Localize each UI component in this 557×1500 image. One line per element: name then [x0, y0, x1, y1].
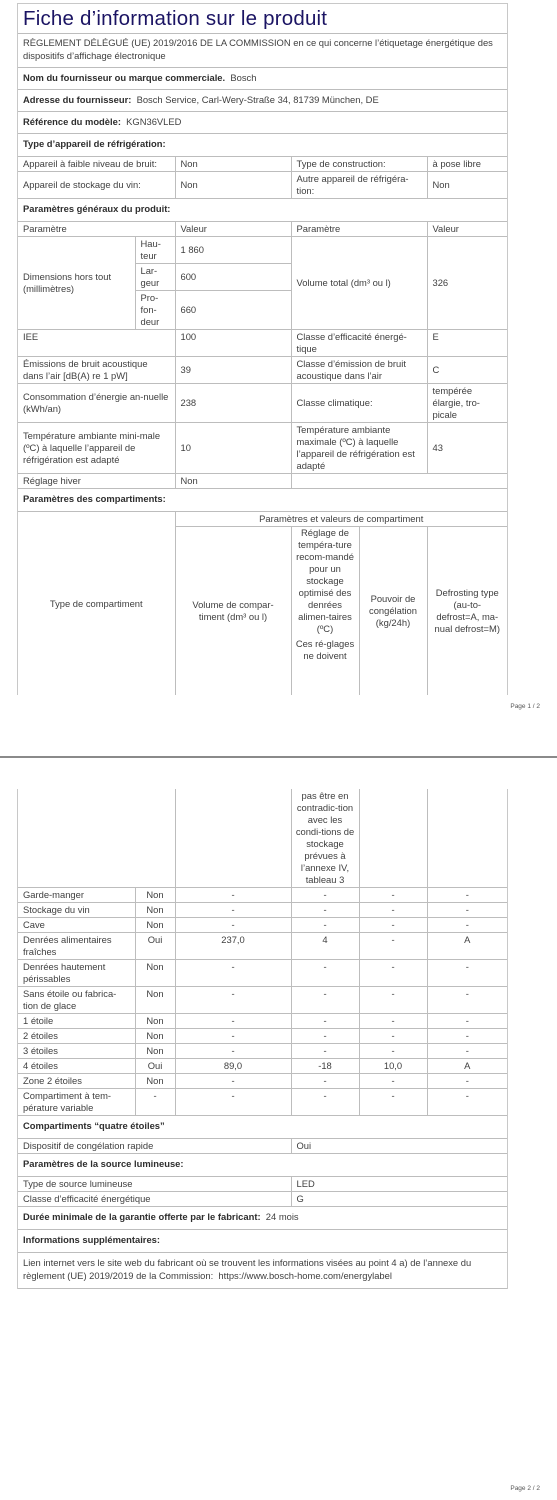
col-recommended-temp: Réglage de tempéra-ture recom-mandé pour…: [291, 527, 359, 696]
min-temp-label: Température ambiante mini-male (ºC) à la…: [18, 423, 175, 474]
col-param-header: Paramètre: [18, 222, 175, 237]
product-sheet-frame-page-1: Fiche d’information sur le produit RÈGLE…: [17, 3, 508, 695]
compartment-freezing: -: [359, 1029, 427, 1044]
col-compartment-type: Type de compartiment: [18, 512, 175, 695]
general-params-table: Paramètre Valeur Paramètre Valeur Dimens…: [18, 222, 507, 512]
compartment-freezing: -: [359, 987, 427, 1014]
supplier-address-row: Adresse du fournisseur: Bosch Service, C…: [18, 90, 507, 112]
compartment-defrost: -: [427, 1074, 507, 1089]
compartment-temp: -: [291, 960, 359, 987]
compartment-type: Sans étoile ou fabrica-tion de glace: [18, 987, 135, 1014]
compartment-volume: 89,0: [175, 1059, 291, 1074]
energy-label-link[interactable]: https://www.bosch-home.com/energylabel: [218, 1270, 392, 1281]
compartment-volume: -: [175, 987, 291, 1014]
light-class-value: G: [291, 1192, 507, 1207]
dimensions-label: Dimensions hors tout (millimètres): [18, 237, 135, 330]
compartment-row: 2 étoilesNon----: [18, 1029, 507, 1044]
noise-emission-value: 39: [175, 357, 291, 384]
compartment-freezing: -: [359, 1044, 427, 1059]
compartment-type: Zone 2 étoiles: [18, 1074, 135, 1089]
compartment-volume: -: [175, 1044, 291, 1059]
compartment-present: Non: [135, 1044, 175, 1059]
compartment-type: 2 étoiles: [18, 1029, 135, 1044]
compartment-present: Non: [135, 1014, 175, 1029]
winter-row: Réglage hiver Non: [18, 474, 507, 489]
fast-freeze-row: Dispositif de congélation rapide Oui: [18, 1139, 507, 1154]
compartment-volume: -: [175, 1029, 291, 1044]
compartment-row: Sans étoile ou fabrica-tion de glaceNon-…: [18, 987, 507, 1014]
page-number-2: Page 2 / 2: [510, 1485, 540, 1492]
height-value: 1 860: [175, 237, 291, 264]
compartment-defrost: -: [427, 918, 507, 933]
col-value-header-2: Valeur: [427, 222, 507, 237]
compartment-present: Non: [135, 987, 175, 1014]
other-appliance-value: Non: [427, 172, 507, 199]
compartment-group-header: Paramètres et valeurs de compartiment: [175, 512, 507, 527]
page-2: pas être en contradic-tion avec les cond…: [0, 758, 557, 1500]
depth-value: 660: [175, 291, 291, 330]
compartment-rows: Garde-mangerNon----Stockage du vinNon---…: [18, 888, 507, 1116]
compartment-row: 3 étoilesNon----: [18, 1044, 507, 1059]
depth-label: Pro-fon-deur: [135, 291, 175, 330]
supplier-name-row: Nom du fournisseur ou marque commerciale…: [18, 68, 507, 90]
compartment-freezing: 10,0: [359, 1059, 427, 1074]
compartments-group-header-row: Type de compartiment Paramètres et valeu…: [18, 512, 507, 527]
min-temp-value: 10: [175, 423, 291, 474]
compartment-temp: -: [291, 1014, 359, 1029]
recommended-temp-text: Réglage de tempéra-ture recom-mandé pour…: [295, 527, 356, 635]
model-ref-value: KGN36VLED: [126, 116, 181, 127]
compartment-volume: -: [175, 918, 291, 933]
compartment-temp: -: [291, 1074, 359, 1089]
compartment-freezing: -: [359, 918, 427, 933]
compartment-freezing: -: [359, 903, 427, 918]
additional-info-heading: Informations supplémentaires:: [18, 1230, 507, 1253]
noise-class-value: C: [427, 357, 507, 384]
compartment-temp: -: [291, 1044, 359, 1059]
compartment-volume: -: [175, 1074, 291, 1089]
compartment-defrost: -: [427, 1044, 507, 1059]
page-number-1: Page 1 / 2: [510, 703, 540, 710]
eei-value: 100: [175, 330, 291, 357]
compartment-temp: 4: [291, 933, 359, 960]
light-type-row: Type de source lumineuse LED: [18, 1177, 507, 1192]
compartment-type: Stockage du vin: [18, 903, 135, 918]
wine-storage-value: Non: [175, 172, 291, 199]
compartment-type: 1 étoile: [18, 1014, 135, 1029]
compartment-volume: -: [175, 960, 291, 987]
col-volume-continued: [175, 789, 291, 888]
model-ref-row: Référence du modèle: KGN36VLED: [18, 112, 507, 134]
fast-freeze-label: Dispositif de congélation rapide: [18, 1139, 291, 1154]
compartments-header-table: Type de compartiment Paramètres et valeu…: [18, 512, 507, 695]
compartment-present: Non: [135, 960, 175, 987]
compartment-freezing: -: [359, 960, 427, 987]
compartment-freezing: -: [359, 1089, 427, 1116]
col-compartment-volume: Volume de compar-timent (dm³ ou l): [175, 527, 291, 696]
compartment-defrost: -: [427, 1089, 507, 1116]
width-label: Lar-geur: [135, 264, 175, 291]
four-star-table: Compartiments “quatre étoiles” Dispositi…: [18, 1116, 507, 1289]
warranty-value: 24 mois: [266, 1211, 299, 1222]
compartment-present: Non: [135, 1074, 175, 1089]
total-volume-label: Volume total (dm³ ou l): [291, 237, 427, 330]
compartment-volume: -: [175, 1014, 291, 1029]
general-param-row: IEE 100 Classe d’efficacité énergé-tique…: [18, 330, 507, 357]
compartment-temp: -18: [291, 1059, 359, 1074]
empty-cell: [291, 474, 507, 489]
compartment-type: Garde-manger: [18, 888, 135, 903]
compartment-present: Non: [135, 1029, 175, 1044]
supplier-name-value: Bosch: [230, 72, 256, 83]
compartment-defrost: A: [427, 933, 507, 960]
light-class-label: Classe d’efficacité énergétique: [18, 1192, 291, 1207]
compartment-temp: -: [291, 903, 359, 918]
compartment-present: Oui: [135, 933, 175, 960]
recommended-temp-note: Ces ré-glages ne doivent: [295, 638, 356, 662]
compartment-temp: -: [291, 918, 359, 933]
supplier-name-label: Nom du fournisseur ou marque commerciale…: [23, 72, 225, 83]
compartment-temp: -: [291, 987, 359, 1014]
page-title: Fiche d’information sur le produit: [18, 4, 507, 34]
general-param-row: Température ambiante mini-male (ºC) à la…: [18, 423, 507, 474]
max-temp-label: Température ambiante maximale (ºC) à laq…: [291, 423, 427, 474]
compartment-row: Denrées alimentaires fraîchesOui237,04-A: [18, 933, 507, 960]
energy-consumption-label: Consommation d’énergie an-nuelle (kWh/an…: [18, 384, 175, 423]
compartments-table: pas être en contradic-tion avec les cond…: [18, 789, 507, 1116]
noise-emission-label: Émissions de bruit acoustique dans l’air…: [18, 357, 175, 384]
compartment-temp: -: [291, 888, 359, 903]
compartment-freezing: -: [359, 888, 427, 903]
compartment-type: Denrées alimentaires fraîches: [18, 933, 135, 960]
compartment-type: 4 étoiles: [18, 1059, 135, 1074]
compartment-temp: -: [291, 1089, 359, 1116]
compartment-row: Garde-mangerNon----: [18, 888, 507, 903]
compartment-present: Oui: [135, 1059, 175, 1074]
winter-setting-label: Réglage hiver: [18, 474, 175, 489]
climate-class-label: Classe climatique:: [291, 384, 427, 423]
energy-consumption-value: 238: [175, 384, 291, 423]
low-noise-label: Appareil à faible niveau de bruit:: [18, 157, 175, 172]
light-type-value: LED: [291, 1177, 507, 1192]
compartment-row: Stockage du vinNon----: [18, 903, 507, 918]
compartment-volume: 237,0: [175, 933, 291, 960]
compartment-type: Cave: [18, 918, 135, 933]
col-value-header: Valeur: [175, 222, 291, 237]
compartment-row: 1 étoileNon----: [18, 1014, 507, 1029]
light-source-heading: Paramètres de la source lumineuse:: [18, 1154, 507, 1177]
low-noise-value: Non: [175, 157, 291, 172]
energy-class-value: E: [427, 330, 507, 357]
compartment-defrost: -: [427, 903, 507, 918]
additional-info-row: Lien internet vers le site web du fabric…: [18, 1253, 507, 1289]
general-params-heading: Paramètres généraux du produit:: [18, 199, 507, 222]
compartment-temp: -: [291, 1029, 359, 1044]
max-temp-value: 43: [427, 423, 507, 474]
appliance-type-table: Appareil à faible niveau de bruit: Non T…: [18, 157, 507, 222]
supplier-address-value: Bosch Service, Carl-Wery-Straße 34, 8173…: [137, 94, 379, 105]
compartment-row: CaveNon----: [18, 918, 507, 933]
compartment-defrost: -: [427, 1029, 507, 1044]
compartment-volume: -: [175, 888, 291, 903]
col-type-continued: [18, 789, 175, 888]
compartment-defrost: -: [427, 888, 507, 903]
compartment-volume: -: [175, 903, 291, 918]
regulation-subtitle: RÈGLEMENT DÉLÉGUÉ (UE) 2019/2016 DE LA C…: [18, 34, 507, 68]
compartments-heading: Paramètres des compartiments:: [18, 489, 507, 512]
warranty-row: Durée minimale de la garantie offerte pa…: [18, 1207, 507, 1230]
construction-type-label: Type de construction:: [291, 157, 427, 172]
construction-type-value: à pose libre: [427, 157, 507, 172]
col-param-header-2: Paramètre: [291, 222, 427, 237]
compartment-present: -: [135, 1089, 175, 1116]
compartment-row: Compartiment à tem-pérature variable----…: [18, 1089, 507, 1116]
recommended-temp-note-continued: pas être en contradic-tion avec les cond…: [291, 789, 359, 888]
four-star-heading: Compartiments “quatre étoiles”: [18, 1116, 507, 1139]
compartment-defrost: -: [427, 987, 507, 1014]
general-params-header-row: Paramètre Valeur Paramètre Valeur: [18, 222, 507, 237]
general-param-row: Consommation d’énergie an-nuelle (kWh/an…: [18, 384, 507, 423]
compartment-volume: -: [175, 1089, 291, 1116]
total-volume-value: 326: [427, 237, 507, 330]
compartment-freezing: -: [359, 1014, 427, 1029]
compartment-present: Non: [135, 918, 175, 933]
height-label: Hau-teur: [135, 237, 175, 264]
compartment-row: Denrées hautement périssablesNon----: [18, 960, 507, 987]
compartment-type: Compartiment à tem-pérature variable: [18, 1089, 135, 1116]
page-1: Fiche d’information sur le produit RÈGLE…: [0, 0, 557, 756]
light-type-label: Type de source lumineuse: [18, 1177, 291, 1192]
compartments-header-continuation: pas être en contradic-tion avec les cond…: [18, 789, 507, 888]
winter-setting-value: Non: [175, 474, 291, 489]
compartment-freezing: -: [359, 933, 427, 960]
compartment-present: Non: [135, 888, 175, 903]
supplier-address-label: Adresse du fournisseur:: [23, 94, 131, 105]
product-sheet-frame-page-2: pas être en contradic-tion avec les cond…: [17, 789, 508, 1289]
energy-class-label: Classe d’efficacité énergé-tique: [291, 330, 427, 357]
compartment-defrost: A: [427, 1059, 507, 1074]
noise-class-label: Classe d’émission de bruit acoustique da…: [291, 357, 427, 384]
general-param-row: Émissions de bruit acoustique dans l’air…: [18, 357, 507, 384]
fast-freeze-value: Oui: [291, 1139, 507, 1154]
compartment-present: Non: [135, 903, 175, 918]
col-freeze-continued: [359, 789, 427, 888]
wine-storage-label: Appareil de stockage du vin:: [18, 172, 175, 199]
climate-class-value: tempérée élargie, tro-picale: [427, 384, 507, 423]
compartment-type: Denrées hautement périssables: [18, 960, 135, 987]
appliance-row: Appareil à faible niveau de bruit: Non T…: [18, 157, 507, 172]
compartment-defrost: -: [427, 960, 507, 987]
other-appliance-label: Autre appareil de réfrigéra-tion:: [291, 172, 427, 199]
header-table: Fiche d’information sur le produit RÈGLE…: [18, 4, 507, 157]
warranty-label: Durée minimale de la garantie offerte pa…: [23, 1211, 261, 1222]
eei-label: IEE: [18, 330, 175, 357]
col-freezing-capacity: Pouvoir de congélation (kg/24h): [359, 527, 427, 696]
appliance-row: Appareil de stockage du vin: Non Autre a…: [18, 172, 507, 199]
width-value: 600: [175, 264, 291, 291]
compartment-defrost: -: [427, 1014, 507, 1029]
model-ref-label: Référence du modèle:: [23, 116, 121, 127]
col-defrost-continued: [427, 789, 507, 888]
compartment-row: 4 étoilesOui89,0-1810,0A: [18, 1059, 507, 1074]
dimension-row-height: Dimensions hors tout (millimètres) Hau-t…: [18, 237, 507, 264]
col-defrosting-type: Defrosting type (au-to-defrost=A, ma-nua…: [427, 527, 507, 696]
appliance-type-heading: Type d’appareil de réfrigération:: [18, 134, 507, 157]
light-class-row: Classe d’efficacité énergétique G: [18, 1192, 507, 1207]
compartment-row: Zone 2 étoilesNon----: [18, 1074, 507, 1089]
compartment-type: 3 étoiles: [18, 1044, 135, 1059]
compartment-freezing: -: [359, 1074, 427, 1089]
